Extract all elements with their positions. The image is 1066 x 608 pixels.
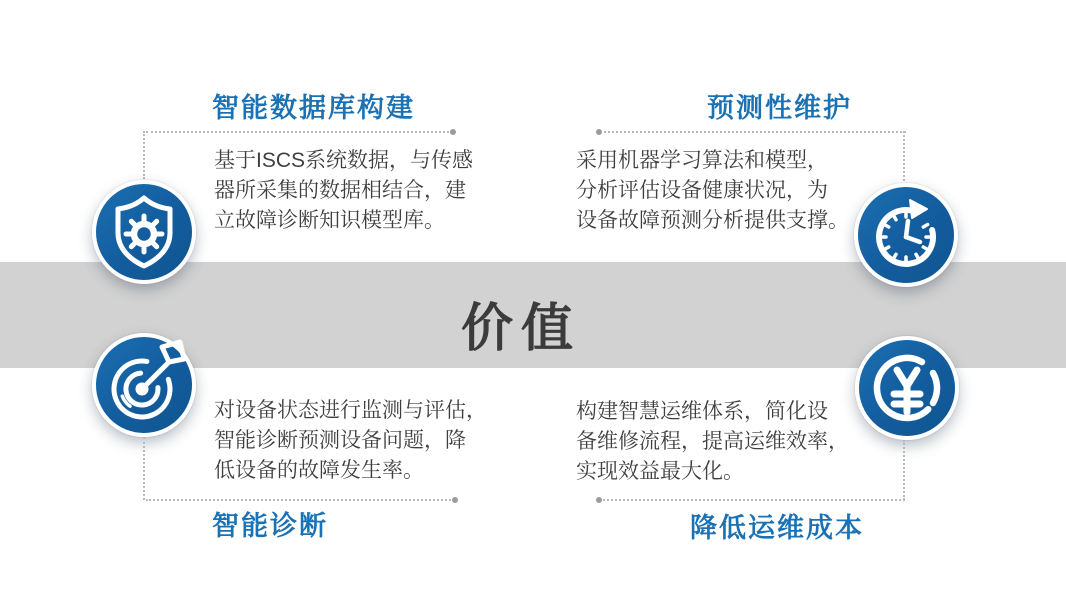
- connector-line: [903, 440, 905, 500]
- connector-line: [143, 131, 145, 179]
- connector-line: [143, 437, 145, 500]
- quadrant-body-predictive: 采用机器学习算法和模型， 分析评估设备健康状况，为 设备故障预测分析提供支撑。: [576, 146, 872, 236]
- connector-endpoint: [596, 129, 602, 135]
- shield-gear-icon: [92, 180, 196, 284]
- quadrant-title-diagnosis: 智能诊断: [212, 504, 328, 543]
- connector-line: [599, 131, 906, 133]
- connector-line: [146, 131, 453, 133]
- connector-line: [903, 131, 905, 181]
- connector-endpoint: [452, 497, 458, 503]
- target-arrow-icon: [92, 333, 196, 437]
- slide: 价值 智能数据库构建 基于ISCS系统数据，与传感 器所采集的数据相结合，建 立…: [0, 0, 1066, 608]
- quadrant-title-predictive: 预测性维护: [707, 86, 852, 125]
- quadrant-title-cost: 降低运维成本: [690, 506, 864, 545]
- connector-endpoint: [450, 129, 456, 135]
- quadrant-title-database: 智能数据库构建: [212, 86, 415, 125]
- connector-line: [599, 499, 905, 501]
- connector-endpoint: [596, 497, 602, 503]
- quadrant-body-cost: 构建智慧运维体系，简化设 备维修流程，提高运维效率， 实现效益最大化。: [576, 397, 876, 487]
- quadrant-body-diagnosis: 对设备状态进行监测与评估， 智能诊断预测设备问题，降 低设备的故障发生率。: [214, 396, 510, 486]
- connector-line: [146, 499, 455, 501]
- quadrant-body-database: 基于ISCS系统数据，与传感 器所采集的数据相结合，建 立故障诊断知识模型库。: [214, 146, 496, 236]
